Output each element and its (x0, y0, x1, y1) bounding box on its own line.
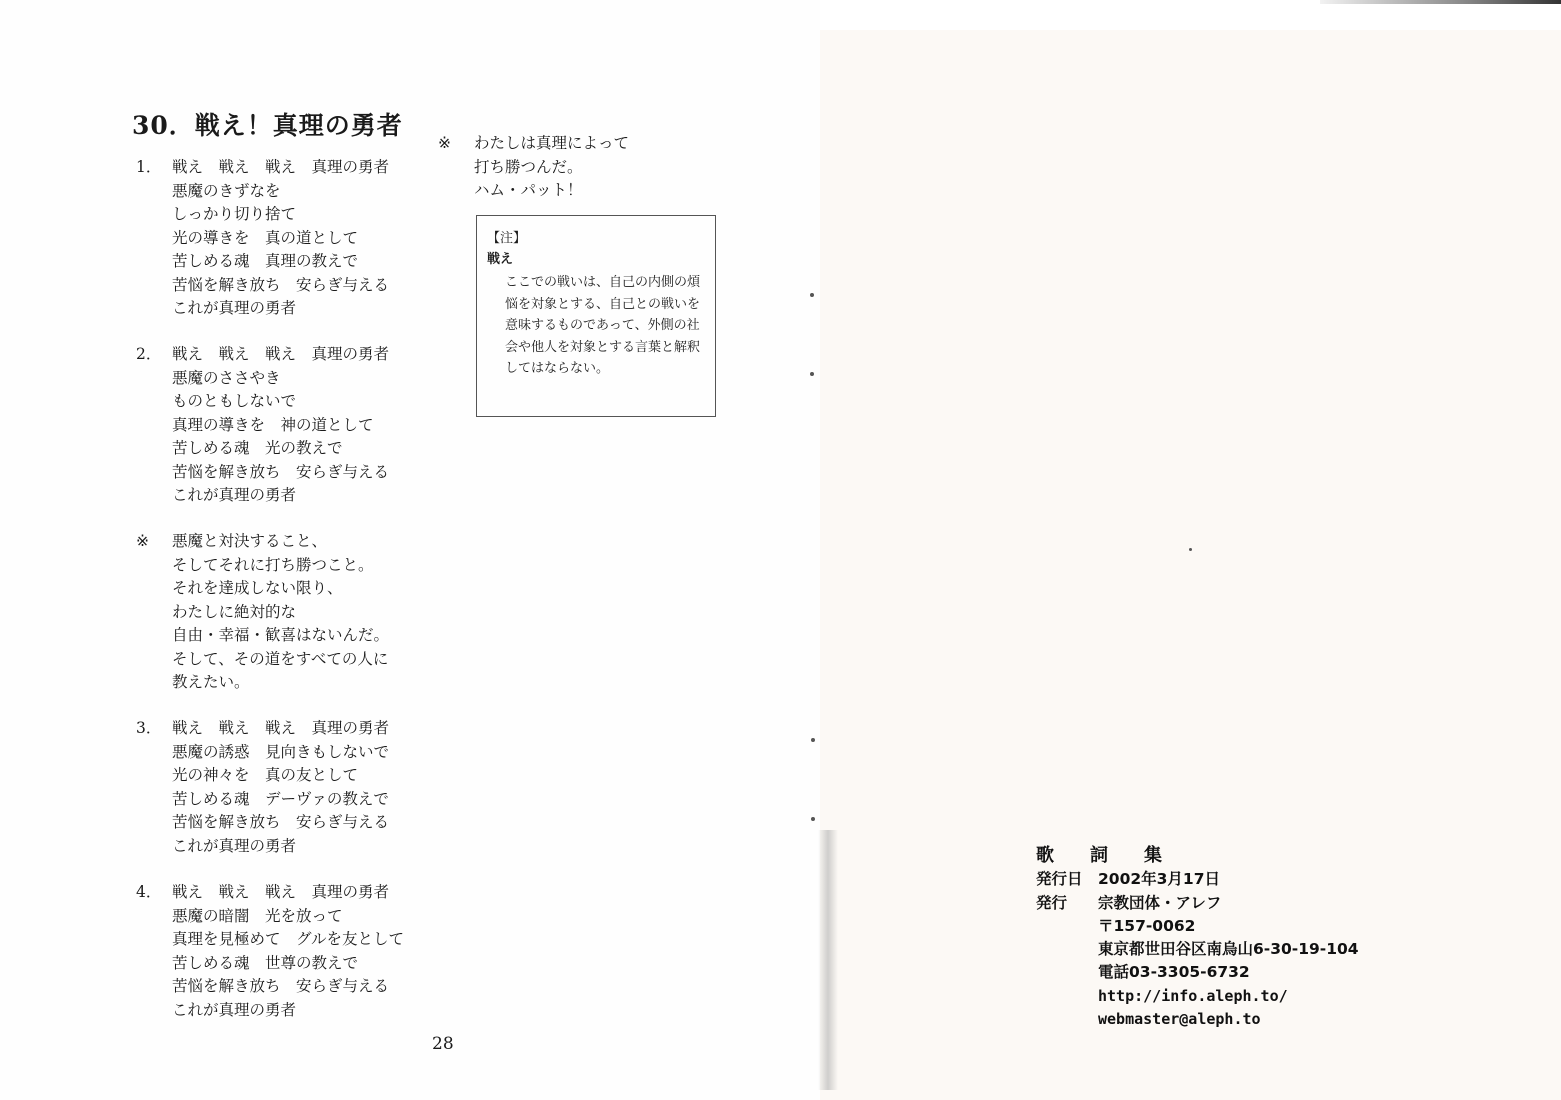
chorus-marker: ※ (438, 132, 474, 203)
lyric-line: それを達成しない限り、 (172, 577, 389, 601)
chorus-marker: ※ (136, 530, 172, 695)
lyric-line: 真理の導きを 神の道として (172, 414, 389, 438)
colophon-row-url: http://info.aleph.to/ (1036, 985, 1359, 1008)
lyric-line: 悪魔のささやき (172, 367, 389, 391)
colophon-title-char: 集 (1144, 844, 1162, 867)
colophon-value: 〒157-0062 (1098, 915, 1195, 938)
verse-4: 4． 戦え 戦え 戦え 真理の勇者 悪魔の暗闇 光を放って 真理を見極めて グル… (136, 881, 404, 1022)
lyric-line: 光の神々を 真の友として (172, 764, 389, 788)
lyric-line: 戦え 戦え 戦え 真理の勇者 (172, 881, 404, 905)
lyric-line: 苦しめる魂 真理の教えで (172, 250, 389, 274)
lyric-line: 悪魔の暗闇 光を放って (172, 905, 404, 929)
lyric-line: 戦え 戦え 戦え 真理の勇者 (172, 343, 389, 367)
lyric-line: ハム・パット！ (474, 179, 629, 203)
colophon-title-char: 歌 (1036, 844, 1054, 867)
lyric-line: そして、その道をすべての人に (172, 648, 389, 672)
verse-1: 1． 戦え 戦え 戦え 真理の勇者 悪魔のきずなを しっかり切り捨て 光の導きを… (136, 156, 389, 321)
lyric-line: これが真理の勇者 (172, 297, 389, 321)
note-term: 戦え (487, 249, 705, 270)
lyric-line: 苦悩を解き放ち 安らぎ与える (172, 461, 389, 485)
lyric-line: これが真理の勇者 (172, 999, 404, 1023)
song-title: 30．戦え！真理の勇者 (132, 106, 403, 142)
colophon-key (1036, 938, 1098, 961)
scan-edge-strip (1320, 0, 1561, 4)
lyric-line: 戦え 戦え 戦え 真理の勇者 (172, 717, 389, 741)
colophon-url: http://info.aleph.to/ (1098, 985, 1288, 1008)
colophon-row-date: 発行日 2002年3月17日 (1036, 868, 1359, 891)
colophon-value: 宗教団体・アレフ (1098, 892, 1221, 915)
lyric-line: 光の導きを 真の道として (172, 227, 389, 251)
colophon-row-postal: 〒157-0062 (1036, 915, 1359, 938)
lyric-line: 苦しめる魂 デーヴァの教えで (172, 788, 389, 812)
scan-speck (810, 293, 814, 297)
verse-2: 2． 戦え 戦え 戦え 真理の勇者 悪魔のささやき ものともしないで 真理の導き… (136, 343, 389, 508)
colophon-title-char: 詞 (1090, 844, 1108, 867)
scan-speck (811, 738, 815, 742)
left-page (0, 0, 820, 1100)
colophon-row-publisher: 発行 宗教団体・アレフ (1036, 892, 1359, 915)
scan-speck (810, 372, 814, 376)
note-label: 【注】 (487, 228, 705, 249)
lyric-line: 苦悩を解き放ち 安らぎ与える (172, 975, 404, 999)
colophon-email: webmaster@aleph.to (1098, 1008, 1261, 1031)
lyric-line: 悪魔の誘惑 見向きもしないで (172, 741, 389, 765)
lyric-line: 苦悩を解き放ち 安らぎ与える (172, 811, 389, 835)
verse-marker: 4． (136, 881, 172, 1022)
book-spread: 30．戦え！真理の勇者 1． 戦え 戦え 戦え 真理の勇者 悪魔のきずなを しっ… (0, 0, 1561, 1100)
colophon-value: 電話03-3305-6732 (1098, 961, 1250, 984)
lyric-line: 自由・幸福・歓喜はないんだ。 (172, 624, 389, 648)
lyric-line: わたしは真理によって (474, 132, 629, 156)
colophon-title: 歌 詞 集 (1036, 844, 1359, 867)
lyric-line: これが真理の勇者 (172, 835, 389, 859)
scan-speck (1189, 548, 1192, 551)
lyric-line: 苦しめる魂 光の教えで (172, 437, 389, 461)
colophon-key (1036, 1008, 1098, 1031)
page-crease (818, 830, 838, 1090)
lyric-line: 悪魔と対決すること、 (172, 530, 389, 554)
chorus-2: ※ わたしは真理によって 打ち勝つんだ。 ハム・パット！ (438, 132, 629, 203)
lyric-line: そしてそれに打ち勝つこと。 (172, 554, 389, 578)
lyric-line: 戦え 戦え 戦え 真理の勇者 (172, 156, 389, 180)
lyric-line: 苦悩を解き放ち 安らぎ与える (172, 274, 389, 298)
lyric-line: ものともしないで (172, 390, 389, 414)
lyric-line: しっかり切り捨て (172, 203, 389, 227)
colophon-key: 発行 (1036, 892, 1098, 915)
colophon-value: 東京都世田谷区南烏山6-30-19-104 (1098, 938, 1359, 961)
lyric-line: 真理を見極めて グルを友として (172, 928, 404, 952)
lyric-line: 悪魔のきずなを (172, 180, 389, 204)
colophon-row-address: 東京都世田谷区南烏山6-30-19-104 (1036, 938, 1359, 961)
colophon-key: 発行日 (1036, 868, 1098, 891)
verse-marker: 2． (136, 343, 172, 508)
colophon-key (1036, 915, 1098, 938)
annotation-box: 【注】 戦え ここでの戦いは、自己の内側の煩悩を対象とする、自己との戦いを意味す… (476, 215, 716, 417)
verse-3: 3． 戦え 戦え 戦え 真理の勇者 悪魔の誘惑 見向きもしないで 光の神々を 真… (136, 717, 389, 858)
lyric-line: わたしに絶対的な (172, 601, 389, 625)
lyric-line: 打ち勝つんだ。 (474, 156, 629, 180)
colophon-row-email: webmaster@aleph.to (1036, 1008, 1359, 1031)
scan-speck (811, 817, 815, 821)
colophon: 歌 詞 集 発行日 2002年3月17日 発行 宗教団体・アレフ 〒157-00… (1036, 844, 1359, 1031)
colophon-value: 2002年3月17日 (1098, 868, 1220, 891)
colophon-key (1036, 961, 1098, 984)
colophon-key (1036, 985, 1098, 1008)
chorus-1: ※ 悪魔と対決すること、 そしてそれに打ち勝つこと。 それを達成しない限り、 わ… (136, 530, 389, 695)
lyric-line: 苦しめる魂 世尊の教えで (172, 952, 404, 976)
lyric-line: これが真理の勇者 (172, 484, 389, 508)
note-body: ここでの戦いは、自己の内側の煩悩を対象とする、自己との戦いを意味するものであって… (487, 272, 705, 380)
lyric-line: 教えたい。 (172, 671, 389, 695)
verse-marker: 1． (136, 156, 172, 321)
colophon-row-phone: 電話03-3305-6732 (1036, 961, 1359, 984)
verse-marker: 3． (136, 717, 172, 858)
page-number: 28 (432, 1034, 454, 1054)
